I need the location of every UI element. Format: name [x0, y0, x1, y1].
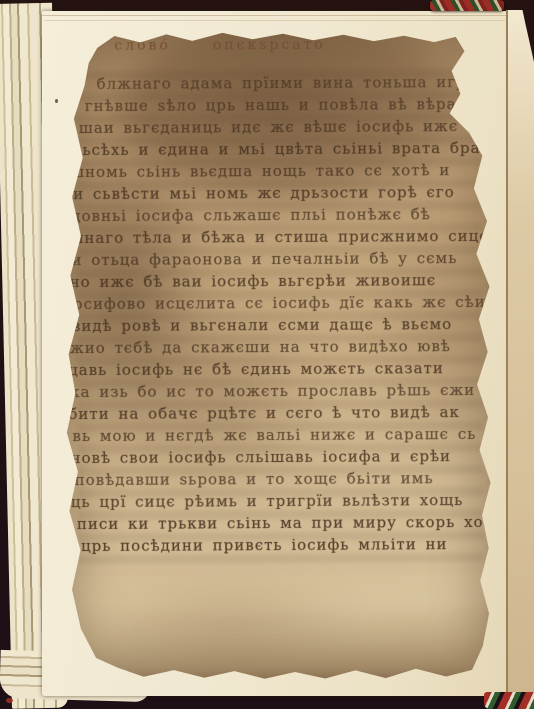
leaf-edge-shadow	[58, 25, 493, 681]
endband-cord-bottom	[484, 692, 534, 709]
book-fore-edge	[506, 10, 534, 696]
endband-speck-bottom-left	[6, 698, 13, 703]
manuscript-photo: слово́ опєкѕрсато блжнаго адама прїими в…	[0, 0, 534, 709]
endband-cord-top	[430, 0, 504, 11]
underleaf-edge-line	[42, 15, 508, 16]
ink-speck	[55, 99, 58, 103]
parchment-leaf: слово́ опєкѕрсато блжнаго адама прїими в…	[58, 25, 493, 681]
underleaf-edge-line	[44, 20, 505, 21]
